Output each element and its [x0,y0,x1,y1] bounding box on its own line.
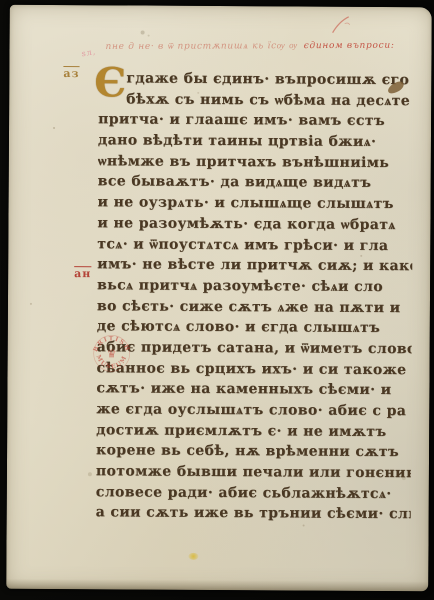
text-line: дано вѣдѣти таины цртвіа бжиѧ· [98,130,413,153]
text-line: тсѧ· и ѿпоустѧтсѧ имъ грѣси· и гла [97,234,412,257]
text-line: же єгда оуслышѧтъ слово· абиє с ра [96,399,411,422]
margin-gloss: ѕл, [81,47,97,58]
text-line: достиѫ приємлѫтъ є· и не имѫтъ [96,420,411,443]
text-line: во сѣєть· сиже сѫтъ ѧже на пѫти и [97,296,412,319]
text-line: бѣхѫ съ нимь съ ѡбѣма на десѧте [98,89,413,112]
text-line: корене вь себѣ, нѫ врѣменни сѫтъ [96,441,411,464]
text-line: вьсѧ притчѧ разоумѣєте· сѣѧи сло [97,275,412,298]
text-line: сѣанноє вь срцихъ ихъ· и си такоже [97,358,412,381]
text-line: де сѣютсѧ слово· и єгда слышѧтъ [97,317,412,340]
text-line: потомже бывши печали или гонєнию [96,461,411,484]
crown-icon: ♛ [107,347,117,360]
header-rubric-right: єдином въпроси: [298,41,395,51]
parchment-speckles [10,5,12,7]
header-rubric-left: пне д не· в ѿ пристѫпишѧ кь їсѹ ѹ [106,41,298,52]
header-rubric: пне д не· в ѿ пристѫпишѧ кь їсѹ ѹєдином … [106,40,428,52]
parchment-page: пне д не· в ѿ пристѫпишѧ кь їсѹ ѹєдином … [6,5,432,592]
text-line: притча· и глаашє имъ· вамъ єстъ [98,110,413,133]
red-squiggle-mark [330,14,354,36]
text-line: гдаже бы єдинъ· въпросишѫ єго иже [98,68,413,91]
text-line: ѡнѣмже въ притчахъ вънѣшниімь [98,151,413,174]
text-line: сѫтъ· иже на каменныхъ сѣєми· и [96,379,411,402]
text-line: все бываѫтъ· да видѧще видѧтъ [98,172,413,195]
margin-note: ан [74,267,91,280]
text-block: гдаже бы єдинъ· въпросишѫ єго ижебѣхѫ съ… [96,68,414,525]
text-line: имъ· не вѣсте ли притчѫ сиѫ; и како [97,254,412,277]
margin-initial-label: аз [63,67,79,80]
text-line: словесе ради· абиє сьблажнѣѫтсѧ· [96,482,411,505]
text-line: абиє придетъ сатана, и ѿиметъ слово [97,337,412,360]
text-line: и не разоумѣѫть· єда когда ѡбратѧ [97,213,412,236]
british-museum-stamp: BRITISH MUSEUM ♛ [92,332,132,374]
wax-spot [188,553,198,560]
manuscript-photo: пне д не· в ѿ пристѫпишѧ кь їсѹ ѹєдином … [0,0,434,600]
text-line: а сии сѫть иже вь трънии сѣєми· слы [96,503,411,526]
text-line: и не оузрѧть· и слышѧще слышѧтъ [98,192,413,215]
